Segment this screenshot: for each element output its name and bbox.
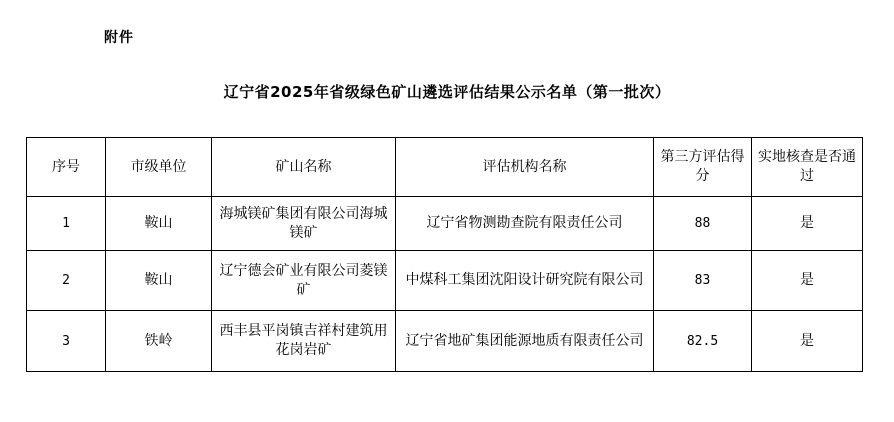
- cell-score: 83: [654, 251, 752, 311]
- cell-index: 2: [27, 251, 106, 311]
- cell-field-check: 是: [752, 197, 863, 251]
- header-score: 第三方评估得分: [654, 138, 752, 197]
- cell-mine-name: 辽宁德会矿业有限公司菱镁矿: [212, 251, 396, 311]
- cell-city: 鞍山: [106, 251, 212, 311]
- header-mine-name: 矿山名称: [212, 138, 396, 197]
- cell-field-check: 是: [752, 251, 863, 311]
- table-row: 1 鞍山 海城镁矿集团有限公司海城镁矿 辽宁省物测勘查院有限责任公司 88 是: [27, 197, 863, 251]
- cell-agency-name: 辽宁省地矿集团能源地质有限责任公司: [396, 311, 654, 372]
- header-index: 序号: [27, 138, 106, 197]
- cell-index: 1: [27, 197, 106, 251]
- cell-agency-name: 中煤科工集团沈阳设计研究院有限公司: [396, 251, 654, 311]
- cell-mine-name: 海城镁矿集团有限公司海城镁矿: [212, 197, 396, 251]
- cell-agency-name: 辽宁省物测勘查院有限责任公司: [396, 197, 654, 251]
- header-field-check: 实地核查是否通过: [752, 138, 863, 197]
- table-header-row: 序号 市级单位 矿山名称 评估机构名称 第三方评估得分 实地核查是否通过: [27, 138, 863, 197]
- cell-field-check: 是: [752, 311, 863, 372]
- cell-score: 88: [654, 197, 752, 251]
- header-agency-name: 评估机构名称: [396, 138, 654, 197]
- attachment-label: 附件: [104, 27, 134, 47]
- cell-city: 铁岭: [106, 311, 212, 372]
- table-row: 2 鞍山 辽宁德会矿业有限公司菱镁矿 中煤科工集团沈阳设计研究院有限公司 83 …: [27, 251, 863, 311]
- cell-city: 鞍山: [106, 197, 212, 251]
- results-table: 序号 市级单位 矿山名称 评估机构名称 第三方评估得分 实地核查是否通过 1 鞍…: [26, 137, 863, 372]
- document-title: 辽宁省2025年省级绿色矿山遴选评估结果公示名单（第一批次）: [0, 81, 894, 102]
- cell-mine-name: 西丰县平岗镇吉祥村建筑用花岗岩矿: [212, 311, 396, 372]
- cell-score: 82.5: [654, 311, 752, 372]
- header-city: 市级单位: [106, 138, 212, 197]
- cell-index: 3: [27, 311, 106, 372]
- table-row: 3 铁岭 西丰县平岗镇吉祥村建筑用花岗岩矿 辽宁省地矿集团能源地质有限责任公司 …: [27, 311, 863, 372]
